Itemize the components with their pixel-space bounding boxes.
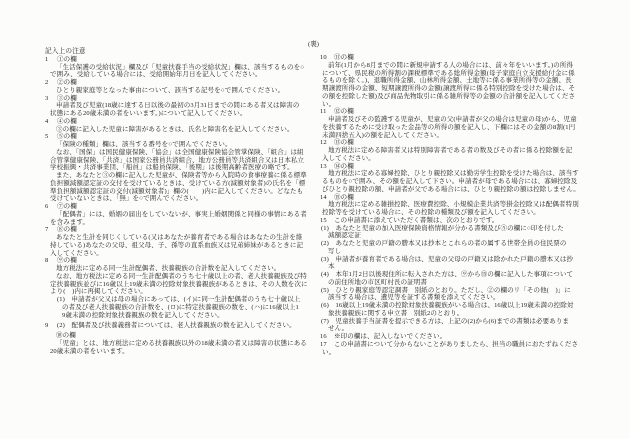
line-text: るものを○で囲み、その額を記入して下さい。申請者が母である場合には、寡婦控除及 <box>322 178 577 185</box>
note-text-line: また、あなたと③の欄に記入した児童が、保険者等から入院時の食事療養に係る標準 <box>56 172 325 180</box>
line-text: い。 <box>322 101 335 108</box>
note-text-line: より( )内に再掲してください。 <box>50 288 325 296</box>
note-text-line: 期譲渡所得の金額、短期譲渡所得の金額(譲渡所得に係る特別控除を受けた場合は、そ <box>322 85 605 93</box>
note-text-line: ⑩の欄 <box>56 332 325 340</box>
scanned-document-page: (裏) 記入上の注意 1①の欄「生活保護の受給状況」欄及び「児童扶養手当の受給状… <box>0 0 630 439</box>
line-text: 準負担額減額認定証の交付(減額対象者)」欄の( )内に記入してください。どなたも <box>50 188 303 195</box>
item-number: 6 <box>45 203 57 211</box>
note-text-line: 「配偶者」には、婚姻の届出をしていないが、事実上婚姻関係と同様の事情にある者 <box>56 211 325 219</box>
line-text: 未満四捨五入)の額を記入してください。 <box>322 132 443 139</box>
note-text-line: (1) 申請者が父又は母の場合にあっては、(イ)に同一生計配偶者のうち七十歳以上 <box>57 296 325 304</box>
line-text: ⑫の欄 <box>334 108 354 115</box>
line-text: 地方税法に定める障害者又は特別障害者である者の数及びその者に係る控除額を記 <box>328 147 572 154</box>
note-item-line: 7⑧の欄 <box>45 226 325 234</box>
line-text: ②の欄 <box>57 79 77 86</box>
item-number: 8 <box>45 257 57 265</box>
line-text: ⑩の欄 <box>56 332 76 339</box>
line-text: を扶養するために受け取った金品等の所得の額を記入し、下欄にはその金額の8割(1円 <box>322 124 575 131</box>
line-text: 受けていないときは、「無」を○で囲んでください。 <box>50 195 203 202</box>
line-text: (6) 16歳以上19歳未満の控除対象扶養親族がいる場合は、16歳以上19歳未満… <box>321 302 573 309</box>
line-text: 写し <box>328 248 341 255</box>
note-text-line: 本 <box>328 263 605 271</box>
note-text-line: を含みます。 <box>50 219 325 227</box>
line-text: の前住所地の市区町村長の証明書 <box>328 279 427 286</box>
note-text-line: 状態にある20歳未満の者をいいます。)について記入してください。 <box>50 110 325 118</box>
line-text: (7) 児童扶養手当証書を提示できる方は、上記の(2)から(6)までの書類は必要… <box>321 318 569 325</box>
line-text: (5) ひとり親家庭等認定調書 別紙のとおり。ただし、②の欄のリ「その他( )」… <box>321 287 571 294</box>
note-text-line: なお、「国保」は国民健康保険、「協会」は全国健康保険協会管掌保険、「組合」は組 <box>56 149 325 157</box>
note-text-line: (1) あなたと児童の加入医療保険資格情報が分かる書類及び⑤の欄に○印を付した <box>321 225 605 233</box>
line-text: 「保険の種類」欄は、該当する番号を○で囲んでください。 <box>56 141 232 148</box>
note-text-line: い。 <box>322 101 605 109</box>
line-text: ⑬の欄 <box>334 139 354 146</box>
note-text-line: あなたと生計を同じくしている(又はあなたが養育者である場合はあなたの生計を維 <box>56 234 325 242</box>
line-text: 地方税法に定める雑損控除、医療費控除、小規模企業共済等掛金控除又は配偶者特別 <box>328 201 579 208</box>
item-number: 9 <box>45 322 57 330</box>
line-text: 控除等を受けている場合に、その控除の種類及び額を記入してください。 <box>322 209 540 216</box>
line-text: ⑪の欄 <box>334 54 354 61</box>
line-text: について、県民税の所得割の課税標準である総所得金額(母子家庭自立支援給付金に係 <box>322 70 575 77</box>
note-text-line: びひとり親控除の額、申請者が父である場合には、ひとり親控除の額は控除しません。 <box>322 186 605 194</box>
line-text: 定扶養親族並びに16歳以上19歳未満の控除対象扶養親族があるときは、その人数を次… <box>50 281 308 288</box>
line-text: 減額認定証 <box>328 232 361 239</box>
note-text-line: 地方税法に定める同一生計配偶者、扶養親族の合計数を記入してください。 <box>56 265 325 273</box>
note-text-line: 申請者及び児童(18歳に達する日以後の最初の3月31日までの間にある者又は障害の <box>56 102 325 110</box>
line-text: ④の欄 <box>57 118 77 125</box>
note-text-line: 減額認定証 <box>328 232 605 240</box>
line-text: 象扶養親族に関する申立書 別紙2のとおり。 <box>328 310 463 317</box>
item-number: 1 <box>45 56 57 64</box>
note-text-line: 控除等を受けている場合に、その控除の種類及び額を記入してください。 <box>322 209 605 217</box>
note-text-line: ③の欄に記入した児童に障害があるときは、氏名と障害名を記入してください。 <box>56 126 325 134</box>
item-number: 16 <box>320 333 334 341</box>
line-text: 入してください。 <box>322 155 375 162</box>
note-text-line: 申請者及びその監護する児童が、児童の父(申請者が父の場合は児童の母)から、児童 <box>328 116 605 124</box>
note-text-line: 「保険の種類」欄は、該当する番号を○で囲んでください。 <box>56 141 325 149</box>
note-text-line: (7) 児童扶養手当証書を提示できる方は、上記の(2)から(6)までの書類は必要… <box>321 318 605 326</box>
note-item-line: 2②の欄 <box>45 79 325 87</box>
line-text: で囲み、受給している場合には、受給開始年月日を記入してください。 <box>50 71 262 78</box>
line-text: ③の欄に記入した児童に障害があるときは、氏名と障害名を記入してください。 <box>56 126 294 133</box>
line-text: (3) 申請者が養育者である場合は、児童の父母の戸籍又は除かれた戸籍の謄本又は抄 <box>321 256 573 263</box>
line-text: びひとり親控除の額、申請者が父である場合には、ひとり親控除の額は控除しません。 <box>322 186 580 193</box>
note-text-line: で囲み、受給している場合には、受給開始年月日を記入してください。 <box>50 71 325 79</box>
note-item-line: 17この申請書について分からないことがありましたら、担当の職員におたずねくださ <box>320 341 605 349</box>
line-text: ⑦の欄 <box>57 203 77 210</box>
note-text-line: 地方税法に定める障害者又は特別障害者である者の数及びその者に係る控除額を記 <box>328 147 605 155</box>
right-column: 10⑪の欄前年(1月から8月までの間に新規申請する人の場合には、前々年をいいます… <box>317 54 605 356</box>
line-text: ⑮の欄 <box>334 194 354 201</box>
line-text: ⑭の欄 <box>334 163 354 170</box>
note-text-line: の前住所地の市区町村長の証明書 <box>328 279 605 287</box>
note-item-line: 9(2) 配偶者及び扶養義務者については、老人扶養親族の数を記入してください。 <box>45 322 325 330</box>
line-text: 20歳未満の者をいいます。 <box>50 348 129 355</box>
note-text-line: 象扶養親族に関する申立書 別紙2のとおり。 <box>328 310 605 318</box>
line-text: なお、「国保」は国民健康保険、「協会」は全国健康保険協会管掌保険、「組合」は組 <box>56 149 304 156</box>
note-text-line: せん。 <box>328 325 605 333</box>
item-number: 17 <box>320 341 334 349</box>
line-text: 申請者及び児童(18歳に達する日以後の最初の3月31日までの間にある者又は障害の <box>56 102 299 109</box>
note-text-line: 持している)あなたの父母、祖父母、子、孫等の直系血族又は兄弟姉妹があるときに記 <box>50 242 325 250</box>
line-text: より( )内に再掲してください。 <box>50 288 147 295</box>
line-text: ひとり親家庭等となった事由について、該当する記号を○で囲んでください。 <box>56 87 284 94</box>
line-text: 該当する場合は、遺児等を証する書類を添えてください。 <box>328 294 500 301</box>
line-text: 前年(1月から8月までの間に新規申請する人の場合には、前々年をいいます。)の所得 <box>328 62 573 69</box>
note-text-line: (2) あなたと児童の戸籍の謄本又は抄本とこれらの者の属する世帯全員の住民票の <box>321 240 605 248</box>
line-text: ③の欄 <box>57 95 77 102</box>
line-text: (2) 配偶者及び扶養義務者については、老人扶養親族の数を記入してください。 <box>57 322 296 329</box>
note-text-line: ひとり親家庭等となった事由について、該当する記号を○で囲んでください。 <box>56 87 325 95</box>
line-text: 地方税法に定める同一生計配偶者、扶養親族の合計数を記入してください。 <box>56 265 280 272</box>
note-text-line: 入してください。 <box>322 155 605 163</box>
note-text-line: (3) 申請者が養育者である場合は、児童の父母の戸籍又は除かれた戸籍の謄本又は抄 <box>321 256 605 264</box>
item-number: 4 <box>45 118 57 126</box>
note-text-line: 20歳未満の者をいいます。 <box>50 348 325 356</box>
note-item-line: 16※印の欄は、記入しないでください。 <box>320 333 605 341</box>
note-item-line: 11⑫の欄 <box>320 108 605 116</box>
line-text: ⑤の欄 <box>57 133 77 140</box>
line-text: この申請書に添えていただく書類は、次のとおりです。 <box>334 217 498 224</box>
line-text: 期譲渡所得の金額、短期譲渡所得の金額(譲渡所得に係る特別控除を受けた場合は、そ <box>322 85 575 92</box>
note-item-line: 8⑨の欄 <box>45 257 325 265</box>
note-text-line: の者及び老人扶養親族の合計数を、(ロ)に特定扶養親族の数を、(ハ)に16歳以上1 <box>62 304 325 312</box>
item-number: 5 <box>45 133 57 141</box>
note-text-line: るものを○で囲み、その額を記入して下さい。申請者が母である場合には、寡婦控除及 <box>322 178 605 186</box>
line-text: 申請者及びその監護する児童が、児童の父(申請者が父の場合は児童の母)から、児童 <box>328 116 577 123</box>
line-text: なお、地方税法に定める同一生計配偶者のうち七十歳以上の者、老人扶養親族及び特 <box>56 273 307 280</box>
note-text-line: (4) 本年1月2日以後現住所に転入された方は、⑨から⑮の欄に記入した事項につい… <box>321 271 605 279</box>
line-text: 持している)あなたの父母、祖父母、子、孫等の直系血族又は兄弟姉妹があるときに記 <box>50 242 303 249</box>
line-text: 入してください。 <box>50 250 103 257</box>
line-text: 「生活保護の受給状況」欄及び「児童扶養手当の受給状況」欄は、該当するものを○ <box>56 64 304 71</box>
line-text: 9歳未満の控除対象扶養親族の数を記入してください。 <box>62 312 224 319</box>
note-text-line: るものを除く。)、退職所得金額、山林所得金額、土地等に係る事業所得等の金額、長 <box>322 77 605 85</box>
line-text: ⑨の欄 <box>57 257 77 264</box>
note-text-line: 負担額減額認定証の交付を受けているときは、受けている方(減額対象者)の氏名を「標 <box>50 180 325 188</box>
line-text: この申請書について分からないことがありましたら、担当の職員におたずねくださ <box>334 341 578 348</box>
note-item-line: 6⑦の欄 <box>45 203 325 211</box>
note-text-line: 学校振興・共済事業団、「船員」は船員保険、「後期」は後期高齢者医療の略です。 <box>50 164 325 172</box>
item-number: 10 <box>320 54 334 62</box>
document-title: 記入上の注意 <box>45 48 325 56</box>
note-text-line: 9歳未満の控除対象扶養親族の数を記入してください。 <box>62 312 325 320</box>
note-text-line: (6) 16歳以上19歳未満の控除対象扶養親族がいる場合は、16歳以上19歳未満… <box>321 302 605 310</box>
note-text-line: を扶養するために受け取った金品等の所得の額を記入し、下欄にはその金額の8割(1円 <box>322 124 605 132</box>
note-text-line: い。 <box>322 349 605 357</box>
note-item-line: 1①の欄 <box>45 56 325 64</box>
line-text: また、あなたと③の欄に記入した児童が、保険者等から入院時の食事療養に係る標準 <box>56 172 307 179</box>
line-text: ①の欄 <box>57 56 77 63</box>
line-text: せん。 <box>328 325 348 332</box>
note-item-line: 15この申請書に添えていただく書類は、次のとおりです。 <box>320 217 605 225</box>
line-text: あなたと生計を同じくしている(又はあなたが養育者である場合はあなたの生計を維 <box>56 234 302 241</box>
item-number: 7 <box>45 226 57 234</box>
line-text: 合管掌健康保険、「共済」は国家公務員共済組合、地方公務員等共済組合又は日本私立 <box>50 157 304 164</box>
line-text: を含みます。 <box>50 219 89 226</box>
left-column: 記入上の注意 1①の欄「生活保護の受給状況」欄及び「児童扶養手当の受給状況」欄は… <box>45 48 325 355</box>
note-text-line: 受けていないときは、「無」を○で囲んでください。 <box>50 195 325 203</box>
note-item-line: 5⑤の欄 <box>45 133 325 141</box>
line-text: 状態にある20歳未満の者をいいます。)について記入してください。 <box>50 110 246 117</box>
line-text: ※印の欄は、記入しないでください。 <box>334 333 446 340</box>
note-text-line: 未満四捨五入)の額を記入してください。 <box>322 132 605 140</box>
line-text: 地方税法に定める寡婦控除、ひとり親控除又は勤労学生控除を受けた場合は、該当す <box>328 170 579 177</box>
line-text: ⑧の欄 <box>57 226 77 233</box>
note-text-line: 地方税法に定める雑損控除、医療費控除、小規模企業共済等掛金控除又は配偶者特別 <box>328 201 605 209</box>
note-text-line: 「児童」とは、地方税法に定める扶養親族以外の18歳未満の者又は障害の状態にある <box>56 340 325 348</box>
note-text-line: 該当する場合は、遺児等を証する書類を添えてください。 <box>328 294 605 302</box>
line-text: 「児童」とは、地方税法に定める扶養親族以外の18歳未満の者又は障害の状態にある <box>56 340 307 347</box>
note-item-line: 4④の欄 <box>45 118 325 126</box>
line-text: (1) あなたと児童の加入医療保険資格情報が分かる書類及び⑤の欄に○印を付した <box>321 225 564 232</box>
note-item-line: 10⑪の欄 <box>320 54 605 62</box>
note-text-line: 地方税法に定める寡婦控除、ひとり親控除又は勤労学生控除を受けた場合は、該当す <box>328 170 605 178</box>
line-text: (1) 申請者が父又は母の場合にあっては、(イ)に同一生計配偶者のうち七十歳以上 <box>57 296 300 303</box>
line-text: 「配偶者」には、婚姻の届出をしていないが、事実上婚姻関係と同様の事情にある者 <box>56 211 307 218</box>
note-text-line: 入してください。 <box>50 250 325 258</box>
note-text-line: なお、地方税法に定める同一生計配偶者のうち七十歳以上の者、老人扶養親族及び特 <box>56 273 325 281</box>
item-number: 12 <box>320 139 334 147</box>
note-text-line: 写し <box>328 248 605 256</box>
line-text: (2) あなたと児童の戸籍の謄本又は抄本とこれらの者の属する世帯全員の住民票の <box>321 240 566 247</box>
line-text: (4) 本年1月2日以後現住所に転入された方は、⑨から⑮の欄に記入した事項につい… <box>321 271 573 278</box>
item-number: 2 <box>45 79 57 87</box>
note-text-line: 前年(1月から8月までの間に新規申請する人の場合には、前々年をいいます。)の所得 <box>328 62 605 70</box>
line-text: 負担額減額認定証の交付を受けているときは、受けている方(減額対象者)の氏名を「標 <box>50 180 305 187</box>
item-number: 11 <box>320 108 334 116</box>
line-text: の者及び老人扶養親族の合計数を、(ロ)に特定扶養親族の数を、(ハ)に16歳以上1 <box>62 304 299 311</box>
note-text-line: の額を控除した額)及び商品先物取引に係る雑所得等の金額の合計額を記入してくださ <box>322 93 605 101</box>
line-text: るものを除く。)、退職所得金額、山林所得金額、土地等に係る事業所得等の金額、長 <box>322 77 572 84</box>
line-text: 学校振興・共済事業団、「船員」は船員保険、「後期」は後期高齢者医療の略です。 <box>50 164 294 171</box>
line-text: の額を控除した額)及び商品先物取引に係る雑所得等の金額の合計額を記入してくださ <box>322 93 575 100</box>
item-number: 15 <box>320 217 334 225</box>
line-text: 本 <box>328 263 335 270</box>
note-item-line: 12⑬の欄 <box>320 139 605 147</box>
line-text: い。 <box>322 349 335 356</box>
